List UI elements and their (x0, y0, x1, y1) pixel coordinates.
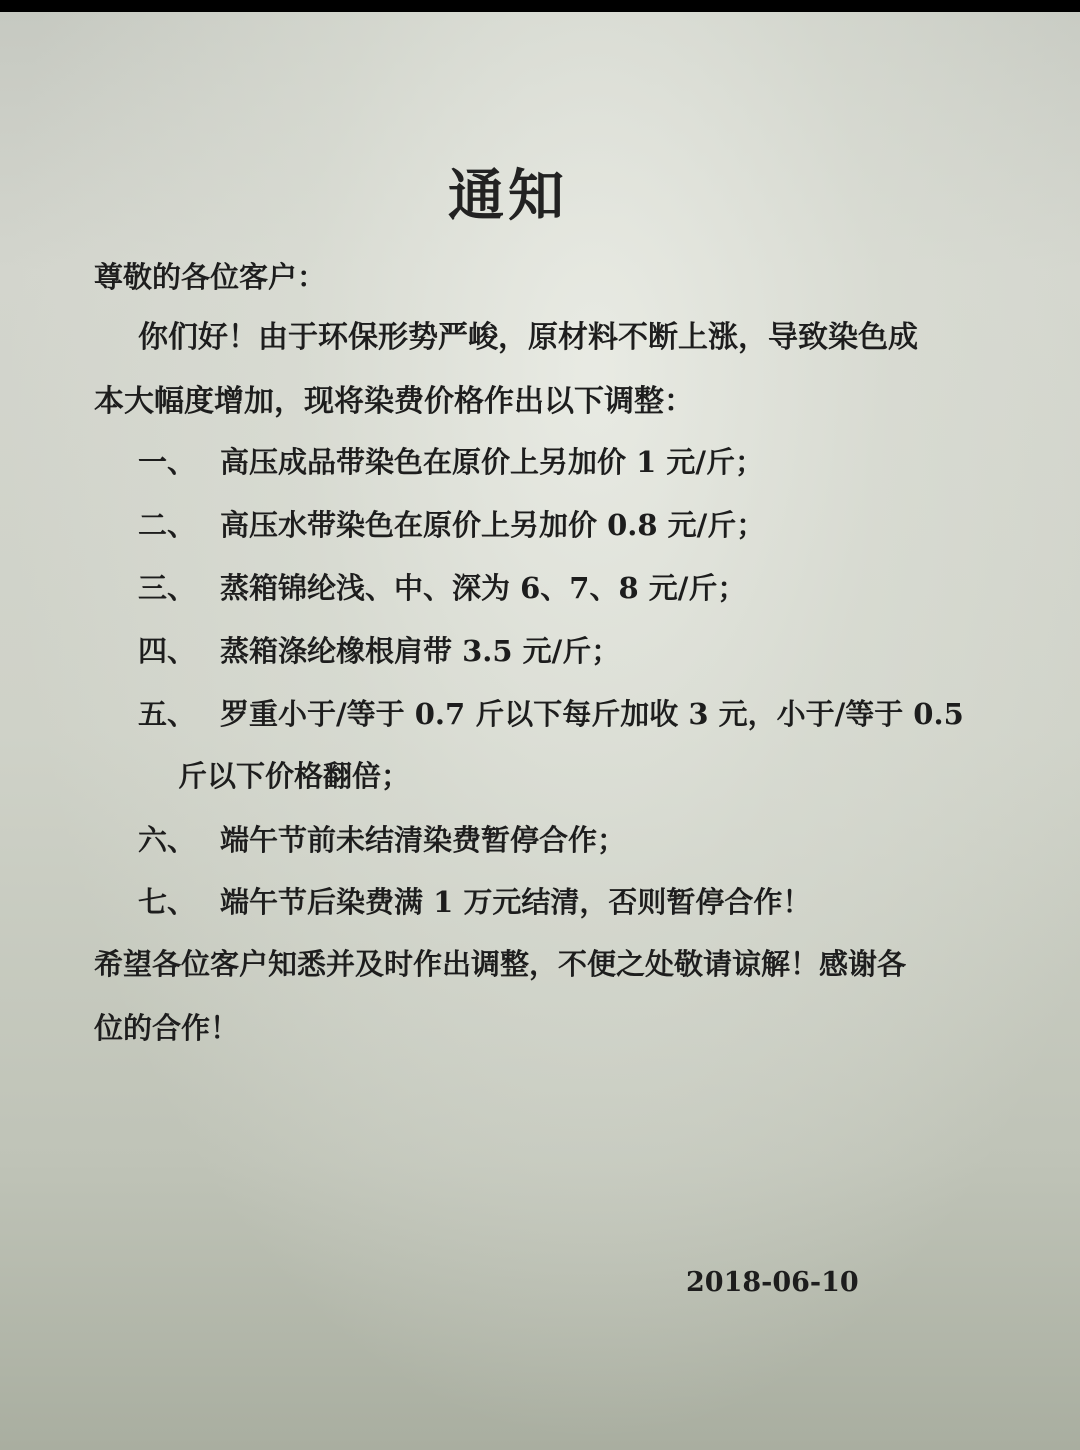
item-text: 罗重小于/等于 0.7 斤以下每斤加收 3 元，小于/等于 0.5 (220, 697, 964, 731)
list-item: 五、罗重小于/等于 0.7 斤以下每斤加收 3 元，小于/等于 0.5 (138, 692, 964, 733)
item-number: 二、 (138, 503, 220, 544)
item-5-continuation: 斤以下价格翻倍； (178, 754, 410, 795)
item-text: 蒸箱锦纶浅、中、深为 6、7、8 元/斤； (220, 571, 746, 605)
intro-line-2: 本大幅度增加，现将染费价格作出以下调整： (94, 376, 694, 420)
item-number: 三、 (138, 566, 220, 607)
closing-line-1: 希望各位客户知悉并及时作出调整，不便之处敬请谅解！感谢各 (94, 942, 906, 983)
item-text: 端午节后染费满 1 万元结清，否则暂停合作！ (220, 885, 811, 919)
list-item: 三、蒸箱锦纶浅、中、深为 6、7、8 元/斤； (138, 566, 746, 607)
item-number: 七、 (138, 880, 220, 921)
item-number: 四、 (138, 629, 220, 670)
greeting: 尊敬的各位客户： (94, 255, 326, 296)
paper-sheet: 通知 尊敬的各位客户： 你们好！由于环保形势严峻，原材料不断上涨，导致染色成 本… (0, 12, 1080, 1450)
list-item: 二、高压水带染色在原价上另加价 0.8 元/斤； (138, 503, 765, 544)
document-title: 通知 (448, 152, 568, 232)
list-item: 一、高压成品带染色在原价上另加价 1 元/斤； (138, 440, 764, 481)
item-number: 六、 (138, 818, 220, 859)
item-text: 端午节前未结清染费暂停合作； (220, 823, 626, 857)
list-item: 六、端午节前未结清染费暂停合作； (138, 818, 626, 859)
item-text: 高压成品带染色在原价上另加价 1 元/斤； (220, 445, 764, 479)
document-date: 2018-06-10 (686, 1267, 859, 1298)
item-text: 蒸箱涤纶橡根肩带 3.5 元/斤； (220, 634, 620, 668)
closing-line-2: 位的合作！ (94, 1006, 239, 1047)
list-item: 四、蒸箱涤纶橡根肩带 3.5 元/斤； (138, 629, 620, 670)
list-item: 七、端午节后染费满 1 万元结清，否则暂停合作！ (138, 880, 811, 921)
item-number: 一、 (138, 440, 220, 481)
item-number: 五、 (138, 692, 220, 733)
intro-line-1: 你们好！由于环保形势严峻，原材料不断上涨，导致染色成 (138, 312, 918, 356)
item-text: 高压水带染色在原价上另加价 0.8 元/斤； (220, 508, 765, 542)
